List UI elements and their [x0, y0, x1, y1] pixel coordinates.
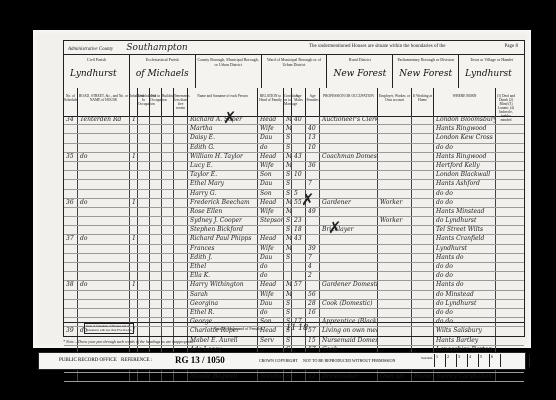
cell-occ: Gardener — [320, 199, 378, 207]
cell-m: 10 — [292, 171, 306, 179]
cell-inh — [130, 208, 138, 216]
cell-home — [412, 208, 434, 216]
cell-sched — [64, 208, 78, 216]
cell-empty — [150, 254, 162, 262]
cell-name: Stephen Bickford — [188, 226, 258, 234]
cell-empty — [138, 291, 150, 299]
cell-address — [78, 245, 130, 253]
cell-emp — [378, 134, 412, 142]
cell-name: Lucy E. — [188, 162, 258, 170]
cell-empty — [496, 162, 516, 170]
cell-f: 10 — [306, 144, 320, 152]
cell-empty — [150, 263, 162, 271]
cell-inh — [130, 245, 138, 253]
cell-empty — [150, 208, 162, 216]
cell-empty — [150, 281, 162, 289]
cell-home — [412, 125, 434, 133]
cell-emp — [378, 226, 412, 234]
cell-f — [306, 153, 320, 161]
cell-f: 13 — [306, 134, 320, 142]
cell-home — [412, 254, 434, 262]
cell-born: London Kew Cross — [434, 134, 496, 142]
cell-born: Surrey Carshalton — [434, 373, 496, 381]
cell-inh — [130, 373, 138, 381]
cell-occ: Dressmaker — [320, 373, 378, 381]
field-civil-parish: Civil ParishLyndhurst — [64, 55, 130, 90]
cell-empty — [162, 226, 174, 234]
cell-name: Frances — [188, 245, 258, 253]
cell-inh — [130, 309, 138, 317]
cell-cond — [284, 263, 292, 271]
cell-inh — [130, 144, 138, 152]
cell-born: do Lyndhurst — [434, 217, 496, 225]
cell-empty — [174, 226, 188, 234]
table-row: 34Tenterden Rd1Richard A. SoperHeadM40Au… — [64, 116, 524, 125]
archive-footer: PUBLIC RECORD OFFICE REFERENCE : RG 13 /… — [38, 352, 526, 370]
cell-address — [78, 171, 130, 179]
cell-sched — [64, 226, 78, 234]
cell-cond: M — [284, 281, 292, 289]
table-row: 35do1William H. TaylorHeadM43Coachman Do… — [64, 153, 524, 162]
cell-empty — [150, 199, 162, 207]
cell-empty — [150, 235, 162, 243]
cell-born: do do — [434, 199, 496, 207]
cell-emp — [378, 281, 412, 289]
cell-inh — [130, 217, 138, 225]
cell-empty — [496, 263, 516, 271]
cell-inh — [130, 300, 138, 308]
cell-empty — [162, 300, 174, 308]
table-row: Harry G.SonS5do do — [64, 190, 524, 199]
cell-empty — [150, 373, 162, 381]
cell-address: do — [78, 235, 130, 243]
cell-empty — [138, 116, 150, 124]
cell-empty — [174, 190, 188, 198]
header-title: The undermentioned Houses are situate wi… — [309, 44, 446, 49]
cell-empty — [496, 153, 516, 161]
cell-empty — [138, 263, 150, 271]
cell-f — [306, 226, 320, 234]
cell-name: Ethel Mary — [188, 180, 258, 188]
cell-home: Home — [412, 373, 434, 381]
cell-rel: Stepdau — [258, 373, 284, 381]
cell-sched — [64, 245, 78, 253]
cell-address — [78, 272, 130, 280]
cell-empty — [162, 208, 174, 216]
cell-occ: Cook (Domestic) — [320, 300, 378, 308]
cell-cond: S — [284, 254, 292, 262]
cell-empty — [174, 134, 188, 142]
cell-emp — [378, 144, 412, 152]
cell-f — [306, 281, 320, 289]
cell-empty — [174, 199, 188, 207]
cell-empty — [162, 125, 174, 133]
cell-born: Hants Ringwood — [434, 125, 496, 133]
cell-cond: M — [284, 291, 292, 299]
cell-name: Ella K. — [188, 272, 258, 280]
cell-f: 4 — [306, 263, 320, 271]
cell-m — [292, 208, 306, 216]
cell-empty — [496, 245, 516, 253]
cell-empty — [150, 272, 162, 280]
cell-empty — [162, 309, 174, 317]
cell-emp — [378, 263, 412, 271]
cell-name: Richard Paul Phipps — [188, 235, 258, 243]
cell-emp — [378, 162, 412, 170]
cell-rel: Wife — [258, 291, 284, 299]
cell-m: 23 — [292, 217, 306, 225]
table-row: 36do1Frederick BeechamHeadM55GardenerWor… — [64, 199, 524, 208]
table-row: Sydney J. CooperStepsonS23Workerdo Lyndh… — [64, 217, 524, 226]
cell-empty — [162, 144, 174, 152]
cell-empty — [138, 208, 150, 216]
cell-sched: 36 — [64, 199, 78, 207]
cell-cond: S — [284, 180, 292, 188]
cell-empty — [150, 144, 162, 152]
cell-born: do Minstead — [434, 291, 496, 299]
cell-emp — [378, 208, 412, 216]
table-row: Rose EllenWifeM49Hants Minstead — [64, 208, 524, 217]
cell-occ — [320, 263, 378, 271]
cell-home — [412, 309, 434, 317]
cell-empty — [138, 254, 150, 262]
table-row: Daisy E.DauS13London Kew Cross — [64, 134, 524, 143]
cell-f — [306, 235, 320, 243]
cell-address — [78, 162, 130, 170]
administrative-county: Administrative County Southampton — [68, 43, 188, 53]
cell-inh — [130, 125, 138, 133]
cell-empty — [138, 153, 150, 161]
field-ecclesiastical-parish: Ecclesiastical Parishof Michaels — [130, 55, 196, 90]
cell-home — [412, 235, 434, 243]
table-row: Taylor E.SonS10London Blackwall — [64, 171, 524, 180]
cell-emp — [378, 337, 412, 345]
table-row: 37do1Richard Paul PhippsHeadM43Hants Cra… — [64, 235, 524, 244]
cell-occ — [320, 309, 378, 317]
cell-empty — [150, 245, 162, 253]
cell-address — [78, 134, 130, 142]
cell-sched: 34 — [64, 116, 78, 124]
cell-empty — [150, 162, 162, 170]
table-row: Etheldo4do do — [64, 263, 524, 272]
cell-f: 28 — [306, 300, 320, 308]
cell-empty — [162, 199, 174, 207]
cell-empty — [162, 235, 174, 243]
cell-name: Rose Ellen — [188, 208, 258, 216]
total-females: 18 — [298, 323, 308, 332]
cell-home — [412, 153, 434, 161]
cell-empty — [138, 226, 150, 234]
cell-address — [78, 254, 130, 262]
cell-cond: M — [284, 208, 292, 216]
cell-home — [412, 180, 434, 188]
cell-cond: S — [284, 144, 292, 152]
table-row: FrancesWifeM39Lyndhurst — [64, 245, 524, 254]
cell-empty — [162, 190, 174, 198]
cell-empty — [138, 217, 150, 225]
cell-empty — [138, 300, 150, 308]
page-number: Page 8 — [505, 44, 518, 49]
cell-name: Sydney J. Cooper — [188, 217, 258, 225]
cell-empty — [150, 125, 162, 133]
cell-f: 22 — [306, 373, 320, 381]
cell-rel: do — [258, 309, 284, 317]
page-header: Administrative County Southampton The un… — [63, 40, 525, 90]
cell-sched: 35 — [64, 153, 78, 161]
field-ward: Ward of Municipal Borough or of Urban Di… — [262, 55, 328, 90]
cell-empty — [174, 245, 188, 253]
cell-name: Sarah — [188, 291, 258, 299]
cell-address — [78, 300, 130, 308]
cell-emp — [378, 180, 412, 188]
cell-empty — [162, 217, 174, 225]
cell-empty — [138, 373, 150, 381]
cell-born: Hertford Kelly — [434, 162, 496, 170]
cell-empty — [496, 281, 516, 289]
cell-rel: Head — [258, 199, 284, 207]
cell-rel: do — [258, 272, 284, 280]
cell-empty — [138, 309, 150, 317]
cell-address — [78, 125, 130, 133]
cell-address: do — [78, 153, 130, 161]
cell-empty — [138, 162, 150, 170]
table-row: SarahWifeM56do Minstead — [64, 291, 524, 300]
cell-empty — [150, 180, 162, 188]
cell-sched — [64, 144, 78, 152]
cell-inh: 1 — [130, 235, 138, 243]
cell-born: Hants Bartley — [434, 337, 496, 345]
cell-f: 15 — [306, 337, 320, 345]
cell-inh — [130, 162, 138, 170]
cell-occ: Auctioneer's Clerk — [320, 116, 378, 124]
cell-empty — [138, 144, 150, 152]
cell-born: do Lyndhurst — [434, 300, 496, 308]
cross-mark: ✗ — [223, 108, 236, 127]
cell-occ: Coachman Domestic — [320, 153, 378, 161]
cell-home — [412, 134, 434, 142]
cell-home — [412, 281, 434, 289]
cell-home — [412, 263, 434, 271]
cell-rel: do — [258, 144, 284, 152]
cell-sched — [64, 180, 78, 188]
cell-f — [306, 171, 320, 179]
cell-inh — [130, 291, 138, 299]
cell-born: do do — [434, 190, 496, 198]
cell-empty — [174, 208, 188, 216]
cell-m — [292, 291, 306, 299]
cell-cond: S — [284, 190, 292, 198]
cell-m — [292, 125, 306, 133]
cell-occ — [320, 171, 378, 179]
cell-empty — [138, 180, 150, 188]
cell-f: 56 — [306, 291, 320, 299]
table-row: Ethel R.doS16do do — [64, 309, 524, 318]
footnote: * Note.—Draw your pen through such words… — [63, 339, 195, 344]
cell-m — [292, 162, 306, 170]
cell-m — [292, 144, 306, 152]
cell-empty — [162, 116, 174, 124]
cell-empty — [496, 180, 516, 188]
cell-empty — [496, 116, 516, 124]
cell-address — [78, 180, 130, 188]
cell-address — [78, 291, 130, 299]
cell-empty — [150, 309, 162, 317]
cell-inh — [130, 180, 138, 188]
cell-occ — [320, 190, 378, 198]
cell-occ: Gardener Domestic — [320, 281, 378, 289]
cell-address — [78, 217, 130, 225]
cell-f: 36 — [306, 162, 320, 170]
cell-empty — [138, 245, 150, 253]
cell-emp: Worker — [378, 217, 412, 225]
cell-name: Ethel — [188, 263, 258, 271]
cell-rel: Son — [258, 190, 284, 198]
total-males: 11 — [286, 323, 296, 332]
cell-rel: Head — [258, 281, 284, 289]
cell-emp — [378, 125, 412, 133]
cell-cond: S — [284, 337, 292, 345]
cross-mark: ✗ — [301, 190, 314, 209]
cell-born: do do — [434, 263, 496, 271]
cell-sched — [64, 217, 78, 225]
cell-home — [412, 116, 434, 124]
cell-f: 2 — [306, 272, 320, 280]
cell-empty — [150, 171, 162, 179]
cell-name: Frederick Beecham — [188, 199, 258, 207]
cell-sched — [64, 125, 78, 133]
cell-empty — [150, 300, 162, 308]
cell-empty — [150, 153, 162, 161]
cell-empty — [174, 235, 188, 243]
cell-inh — [130, 263, 138, 271]
cell-name: Taylor E. — [188, 171, 258, 179]
cell-sched — [64, 134, 78, 142]
cell-rel: Dau — [258, 254, 284, 262]
totals-label: Total of Males and of Females — [214, 326, 263, 331]
cell-m: 43 — [292, 153, 306, 161]
cell-name: Daisy E. — [188, 134, 258, 142]
cell-rel: Wife — [258, 162, 284, 170]
cell-empty — [496, 190, 516, 198]
cell-home — [412, 217, 434, 225]
cell-cond: S — [284, 300, 292, 308]
cell-occ — [320, 134, 378, 142]
cell-born: Hants do — [434, 281, 496, 289]
cell-name: Edith G. — [188, 144, 258, 152]
county-value: Southampton — [126, 43, 187, 53]
cell-sched — [64, 190, 78, 198]
cell-name: Ethel R. — [188, 309, 258, 317]
cell-empty — [496, 291, 516, 299]
schedule-totals-box: Total of Schedules of Houses and of Tene… — [84, 323, 134, 334]
cell-emp: Worker — [378, 199, 412, 207]
cell-empty — [150, 134, 162, 142]
cell-empty — [162, 162, 174, 170]
cell-occ — [320, 162, 378, 170]
cell-empty — [150, 116, 162, 124]
cell-rel: Son — [258, 171, 284, 179]
cell-emp — [378, 254, 412, 262]
cell-sched — [64, 263, 78, 271]
cell-empty — [496, 309, 516, 317]
cell-rel: do — [258, 263, 284, 271]
cell-born: Hants Cranfield — [434, 235, 496, 243]
cell-empty — [496, 373, 516, 381]
cell-empty — [162, 254, 174, 262]
cell-name: William H. Taylor — [188, 153, 258, 161]
cell-empty — [138, 134, 150, 142]
cell-address — [78, 263, 130, 271]
cell-address — [78, 144, 130, 152]
cell-empty — [174, 217, 188, 225]
table-row: Lucy E.WifeM36Hertford Kelly — [64, 162, 524, 171]
cell-name: Georgina — [188, 300, 258, 308]
cell-emp — [378, 300, 412, 308]
cell-f: 49 — [306, 208, 320, 216]
cell-m — [292, 245, 306, 253]
cell-cond: S — [284, 373, 292, 381]
cell-m: 40 — [292, 116, 306, 124]
table-row: GeorginaDauS28Cook (Domestic)do Lyndhurs… — [64, 300, 524, 309]
cell-f — [306, 116, 320, 124]
field-town-village: Town or Village or HamletLyndhurst — [459, 55, 524, 90]
cell-sched — [64, 272, 78, 280]
cell-empty — [496, 171, 516, 179]
cell-born: do do — [434, 272, 496, 280]
cell-sched — [64, 171, 78, 179]
cell-sched — [64, 300, 78, 308]
reference-number: RG 13 / 1050 — [175, 355, 225, 365]
cell-empty — [496, 217, 516, 225]
cell-inh — [130, 226, 138, 234]
cell-occ — [320, 291, 378, 299]
cell-born: Hants do — [434, 254, 496, 262]
cell-home — [412, 199, 434, 207]
cell-occ — [320, 245, 378, 253]
subref-label: Sub Ref. — [421, 356, 433, 360]
field-rural-district: Rural DistrictNew Forest — [327, 55, 393, 90]
cell-cond: S — [284, 309, 292, 317]
header-fields: Civil ParishLyndhurst Ecclesiastical Par… — [64, 54, 524, 90]
cell-emp — [378, 245, 412, 253]
cell-empty — [174, 291, 188, 299]
cell-name: Harry G. — [188, 190, 258, 198]
cell-cond: M — [284, 235, 292, 243]
cell-f: 7 — [306, 180, 320, 188]
cell-sched — [64, 162, 78, 170]
cell-home — [412, 190, 434, 198]
cell-cond: M — [284, 153, 292, 161]
cell-empty — [138, 281, 150, 289]
cell-emp — [378, 190, 412, 198]
cell-empty — [174, 263, 188, 271]
cell-m — [292, 263, 306, 271]
cell-born: do do — [434, 144, 496, 152]
cell-rel: Wife — [258, 208, 284, 216]
cell-empty — [174, 309, 188, 317]
cell-sched — [64, 373, 78, 381]
table-row: 38do1Harry WithingtonHeadM57Gardener Dom… — [64, 281, 524, 290]
cell-m — [292, 272, 306, 280]
table-row: Edith G.doS10do do — [64, 144, 524, 153]
cell-sched: 38 — [64, 281, 78, 289]
cell-rel — [258, 226, 284, 234]
cell-cond — [284, 272, 292, 280]
cell-inh — [130, 171, 138, 179]
cell-m — [292, 309, 306, 317]
cell-empty — [174, 300, 188, 308]
cell-f — [306, 217, 320, 225]
